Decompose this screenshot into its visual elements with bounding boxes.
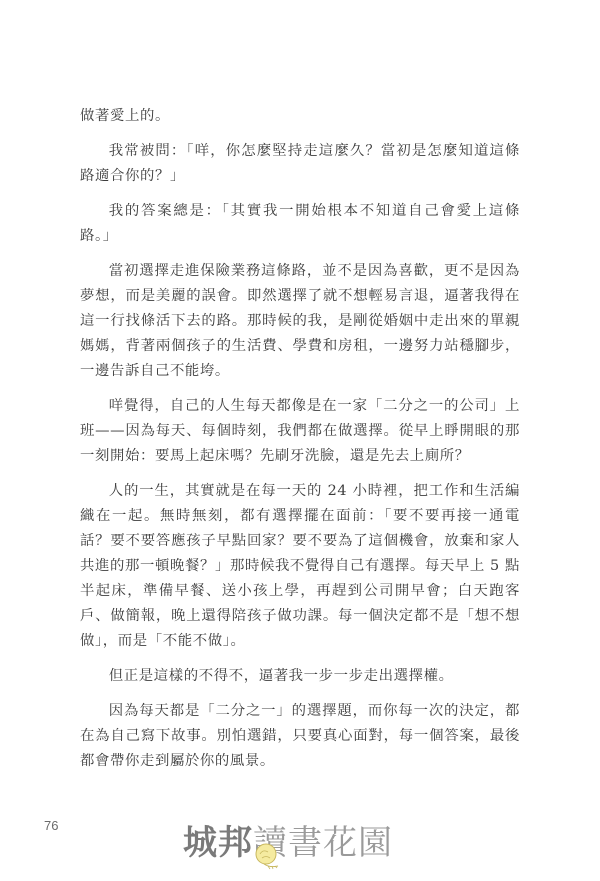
paragraph-2: 我常被問：「咩，你怎麼堅持走這麼久？當初是怎麼知道這條路適合你的？」 [80,139,520,189]
paragraph-5: 咩覺得，自己的人生每天都像是在一家「二分之一的公司」上班——因為每天、每個時刻，… [80,394,520,469]
snail-mascot-icon [254,842,280,872]
paragraph-3: 我的答案總是：「其實我一開始根本不知道自己會愛上這條路。」 [80,199,520,249]
watermark-logo: 城邦讀書花園 [183,815,393,864]
paragraph-6: 人的一生，其實就是在每一天的 24 小時裡，把工作和生活編織在一起。無時無刻，都… [80,479,520,654]
paragraph-7: 但正是這樣的不得不，逼著我一步一步走出選擇權。 [80,664,520,689]
page-body: 做著愛上的。 我常被問：「咩，你怎麼堅持走這麼久？當初是怎麼知道這條路適合你的？… [80,104,520,784]
paragraph-1: 做著愛上的。 [80,104,520,129]
page-number: 76 [44,818,58,833]
paragraph-4: 當初選擇走進保險業務這條路，並不是因為喜歡，更不是因為夢想，而是美麗的誤會。即然… [80,259,520,384]
paragraph-8: 因為每天都是「二分之一」的選擇題，而你每一次的決定，都在為自己寫下故事。別怕選錯… [80,699,520,774]
watermark-brand: 城邦 [183,823,253,863]
